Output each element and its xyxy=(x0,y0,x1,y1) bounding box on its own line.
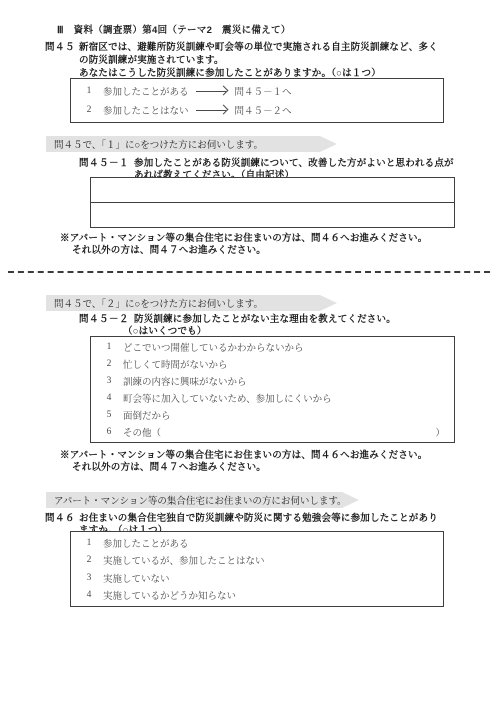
routing-note-1-line2: それ以外の方は、問４７へお進みください。 xyxy=(72,242,266,256)
option-number: 4 xyxy=(84,590,94,600)
option-number: 2 xyxy=(84,105,94,115)
option-number: 4 xyxy=(104,393,114,403)
q45-2-line2: （○はいくつでも） xyxy=(123,323,207,337)
option-number: 2 xyxy=(104,359,114,369)
routing-note-2-line2: それ以外の方は、問４７へお進みください。 xyxy=(72,459,266,473)
q45-2-option-row-4: 4 町会等に加入していないため、参加しにくいから xyxy=(91,391,454,405)
option-goto: 問４５－１へ xyxy=(235,84,292,98)
q46-options-box: 1 参加したことがある 2 実施しているが、参加したことはない 3 実施していな… xyxy=(70,531,444,607)
option-number: 2 xyxy=(84,555,94,565)
option-number: 1 xyxy=(84,538,94,548)
goto-arrow-icon xyxy=(196,110,226,111)
option-number: 3 xyxy=(84,573,94,583)
option-number: 6 xyxy=(104,427,114,437)
option-text: 参加したことはない xyxy=(103,103,189,117)
document-header: Ⅲ 資料（調査票）第4回（テーマ2 震災に備えて） xyxy=(57,22,291,36)
option-text: 実施しているが、参加したことはない xyxy=(103,553,265,567)
q45-2-option-row-6: 6 その他（ ） xyxy=(91,425,454,439)
option-close-paren: ） xyxy=(435,425,445,439)
q46-label: 問４６ xyxy=(45,510,75,524)
option-text: どこでいつ開催しているかわからないから xyxy=(123,340,304,354)
q45-2-options-box: 1 どこでいつ開催しているかわからないから 2 忙しくて時間がないから 3 訓練… xyxy=(90,336,455,443)
option-goto: 問４５－２へ xyxy=(235,103,292,117)
option-text: 実施しているかどうか知らない xyxy=(103,588,236,602)
questionnaire-page: Ⅲ 資料（調査票）第4回（テーマ2 震災に備えて） 問４５ 新宿区では、避難所防… xyxy=(0,0,496,702)
option-text: 訓練の内容に興味がないから xyxy=(123,374,247,388)
option-number: 1 xyxy=(104,342,114,352)
option-number: 5 xyxy=(104,410,114,420)
q45-2-option-row-2: 2 忙しくて時間がないから xyxy=(91,357,454,371)
flow-banner-q45-2: 問４５で、「２」に○をつけた方にお伺いします。 xyxy=(46,295,337,311)
option-text: 忙しくて時間がないから xyxy=(123,357,228,371)
q45-options-box: 1 参加したことがある 問４５－１へ 2 参加したことはない 問４５－２へ xyxy=(70,78,444,123)
free-text-line-2 xyxy=(91,203,454,228)
q45-1-label: 問４５－１ xyxy=(79,155,129,169)
q45-2-option-row-1: 1 どこでいつ開催しているかわからないから xyxy=(91,340,454,354)
q46-option-row-1: 1 参加したことがある xyxy=(71,536,443,550)
option-text: 参加したことがある xyxy=(103,536,189,550)
q45-2-option-row-3: 3 訓練の内容に興味がないから xyxy=(91,374,454,388)
free-text-line-1 xyxy=(91,178,454,203)
q45-option-row-2: 2 参加したことはない 問４５－２へ xyxy=(71,103,443,117)
dashed-divider xyxy=(8,271,490,273)
q45-line3: あなたはこうした防災訓練に参加したことがありますか。（○は１つ） xyxy=(79,65,381,79)
q45-line2: の防災訓練が実施されています。 xyxy=(79,52,224,66)
free-text-answer-box xyxy=(90,177,455,228)
option-number: 3 xyxy=(104,376,114,386)
q45-option-row-1: 1 参加したことがある 問４５－１へ xyxy=(71,84,443,98)
option-text: 町会等に加入していないため、参加しにくいから xyxy=(123,391,332,405)
option-number: 1 xyxy=(84,86,94,96)
option-text: 面倒だから xyxy=(123,408,171,422)
q45-2-option-row-5: 5 面倒だから xyxy=(91,408,454,422)
option-text: 参加したことがある xyxy=(103,84,189,98)
q45-line1: 新宿区では、避難所防災訓練や町会等の単位で実施される自主防災訓練など、多く xyxy=(79,39,438,53)
goto-arrow-icon xyxy=(196,91,226,92)
q46-option-row-3: 3 実施していない xyxy=(71,571,443,585)
flow-banner-q46: アパート・マンション等の集合住宅にお住まいの方にお伺いします。 xyxy=(46,492,359,508)
q46-option-row-2: 2 実施しているが、参加したことはない xyxy=(71,553,443,567)
flow-banner-q45-1: 問４５で、「１」に○をつけた方にお伺いします。 xyxy=(46,136,337,152)
q45-label: 問４５ xyxy=(45,39,75,53)
q46-option-row-4: 4 実施しているかどうか知らない xyxy=(71,588,443,602)
option-text: その他（ xyxy=(123,425,161,439)
q45-2-label: 問４５－２ xyxy=(79,311,129,325)
option-text: 実施していない xyxy=(103,571,170,585)
